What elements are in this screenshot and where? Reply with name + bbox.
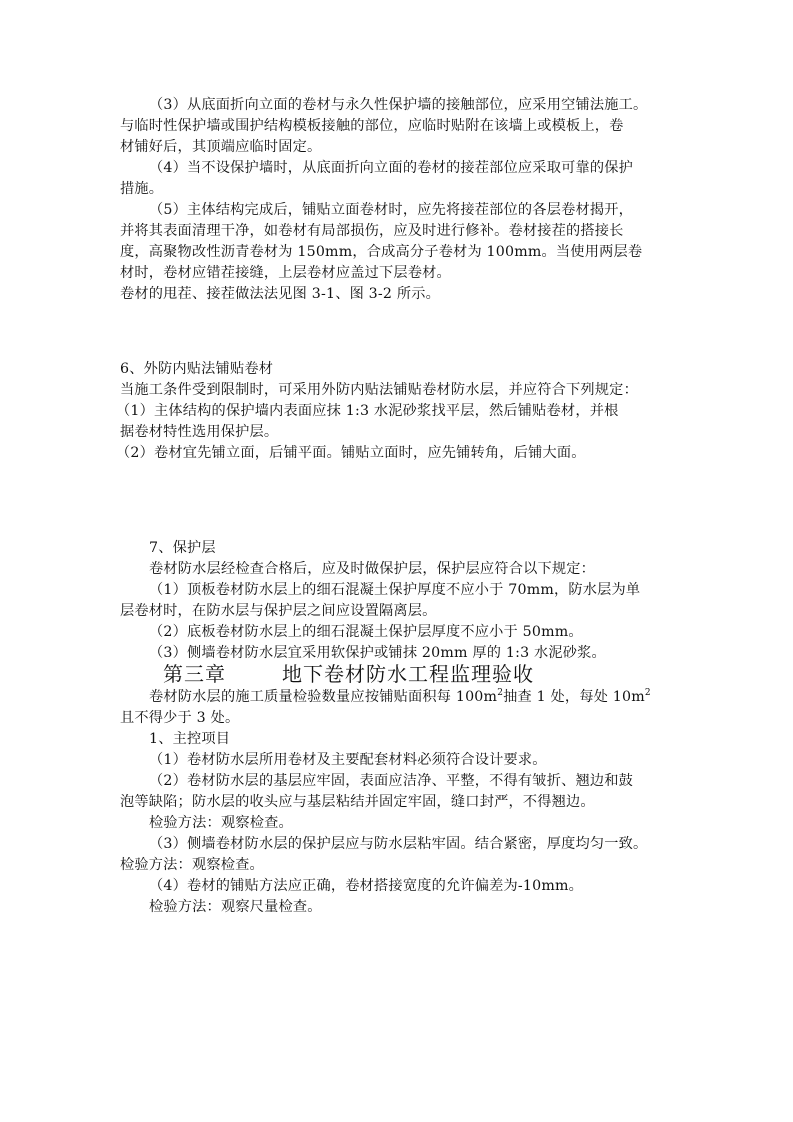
paragraph-line: 卷材防水层经检查合格后，应及时做保护层，保护层应符合以下规定： (149, 559, 595, 579)
paragraph-line: 度，高聚物改性沥青卷材为 150mm，合成高分子卷材为 100mm。当使用两层卷 (120, 242, 642, 262)
paragraph-line: 据卷材特性选用保护层。 (120, 422, 278, 442)
inspection-method: 检验方法：观察检查。 (149, 813, 293, 833)
paragraph-line: （4）卷材的铺贴方法应正确，卷材搭接宽度的允许偏差为-10mm。 (149, 876, 583, 896)
paragraph-line: 与临时性保护墙或围护结构模板接触的部位，应临时贴附在该墙上或模板上，卷 (120, 116, 624, 136)
superscript: 2 (645, 688, 651, 698)
paragraph-line: （3）侧墙卷材防水层宜采用软保护或铺抹 20mm 厚的 1:3 水泥砂浆。 (149, 643, 606, 663)
paragraph-line: 泡等缺陷；防水层的收头应与基层粘结并固定牢固，缝口封严，不得翘边。 (120, 792, 595, 812)
paragraph-line: 并将其表面清理干净，如卷材有局部损伤，应及时进行修补。卷材接茬的搭接长 (120, 221, 624, 241)
paragraph-line: （3）侧墙卷材防水层的保护层应与防水层粘牢固。结合紧密，厚度均匀一致。 (149, 834, 647, 854)
figure-reference-note: 卷材的甩茬、接茬做法法见图 3-1、图 3-2 所示。 (120, 284, 440, 304)
paragraph-line: 措施。 (120, 179, 163, 199)
paragraph-line: （1）主体结构的保护墙内表面应抹 1:3 水泥砂浆找平层，然后铺贴卷材，并根 (116, 401, 618, 421)
chapter-heading: 第三章地下卷材防水工程监理验收 (163, 662, 534, 686)
paragraph-line: （2）卷材防水层的基层应牢固，表面应洁净、平整，不得有皱折、翘边和鼓 (149, 771, 633, 791)
section-heading-6: 6、外防内贴法铺贴卷材 (120, 359, 273, 379)
paragraph-line: 材时，卷材应错茬接缝，上层卷材应盖过下层卷材。 (120, 263, 451, 283)
paragraph-line: 且不得少于 3 处。 (120, 708, 239, 728)
paragraph-line: 层卷材时，在防水层与保护层之间应设置隔离层。 (120, 601, 437, 621)
paragraph-line: （1）卷材防水层所用卷材及主要配套材料必须符合设计要求。 (149, 750, 547, 770)
chapter-number: 第三章 (163, 662, 226, 686)
inspection-method: 检验方法：观察检查。 (120, 855, 264, 875)
chapter-title: 地下卷材防水工程监理验收 (282, 662, 534, 686)
subsection-heading: 1、主控项目 (149, 729, 230, 749)
paragraph-line: 卷材防水层的施工质量检验数量应按铺贴面积每 100m2抽查 1 处，每处 10m… (149, 687, 651, 707)
paragraph-line: （2）底板卷材防水层上的细石混凝土保护层厚度不应小于 50mm。 (149, 622, 583, 642)
inspection-method: 检验方法：观察尺量检查。 (149, 897, 322, 917)
paragraph-line: （5）主体结构完成后，铺贴立面卷材时，应先将接茬部位的各层卷材揭开， (149, 200, 633, 220)
paragraph-line: 当施工条件受到限制时，可采用外防内贴法铺贴卷材防水层，并应符合下列规定： (120, 380, 638, 400)
paragraph-line: （2）卷材宜先铺立面，后铺平面。铺贴立面时，应先铺转角，后铺大面。 (116, 443, 586, 463)
paragraph-line: 材铺好后，其顶端应临时固定。 (120, 137, 321, 157)
paragraph-line: （3）从底面折向立面的卷材与永久性保护墙的接触部位，应采用空铺法施工。 (149, 95, 647, 115)
text-run: 卷材防水层的施工质量检验数量应按铺贴面积每 100m (149, 689, 497, 705)
section-heading-7: 7、保护层 (149, 538, 216, 558)
paragraph-line: （4）当不设保护墙时，从底面折向立面的卷材的接茬部位应采取可靠的保护 (149, 158, 633, 178)
paragraph-line: （1）顶板卷材防水层上的细石混凝土保护厚度不应小于 70mm，防水层为单 (149, 580, 640, 600)
text-run: 抽查 1 处，每处 10m (503, 689, 645, 705)
